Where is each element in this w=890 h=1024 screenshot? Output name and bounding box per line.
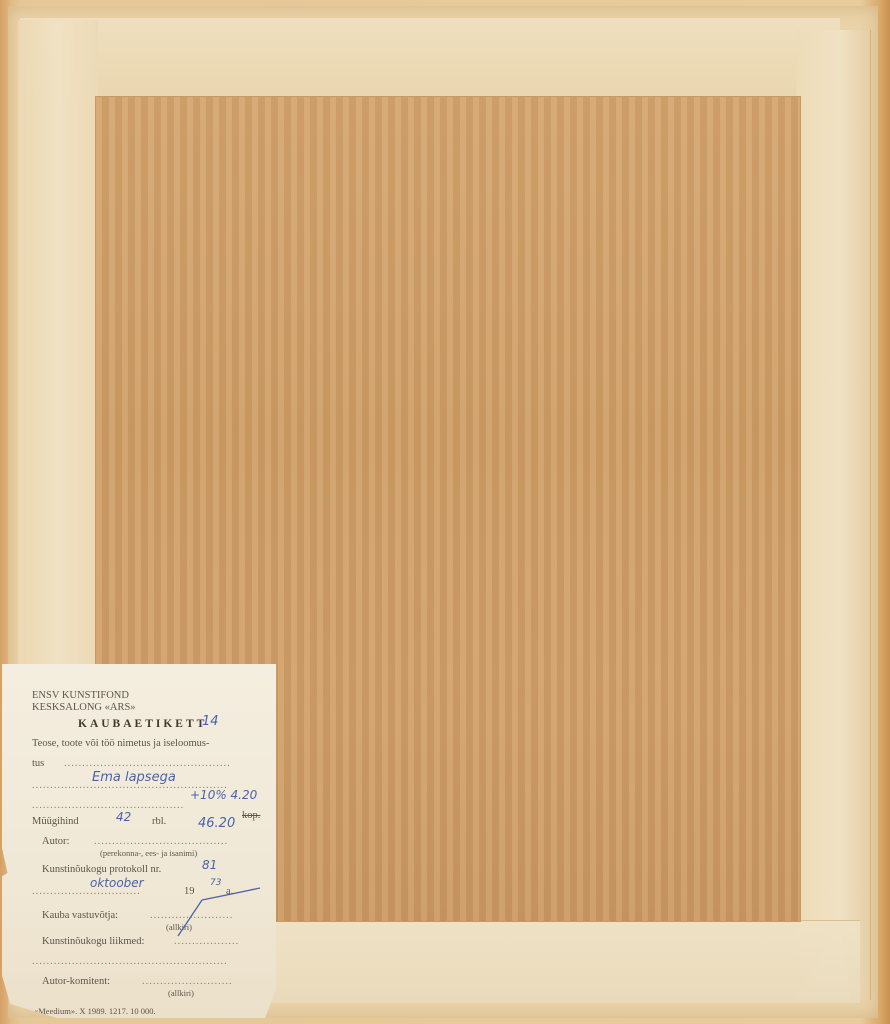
tape-strip-top (20, 18, 840, 101)
members-label: Kunstinõukogu liikmed: (42, 936, 144, 947)
author-label: Autor: (42, 836, 69, 847)
signature-mark (172, 886, 264, 940)
dotted-line: ........................................… (64, 758, 231, 769)
dotted-line: ......................... (142, 976, 233, 987)
label-number-handwritten: 14 (202, 714, 219, 729)
kop-label: kop. (242, 810, 260, 821)
rbl-label: rbl. (152, 816, 166, 827)
name-field-label-cont: tus (32, 758, 44, 769)
price-adjust-handwritten: +10% 4.20 (190, 788, 257, 802)
receiver-label: Kauba vastuvõtja: (42, 910, 118, 921)
sales-label: ENSV KUNSTIFOND KESKSALONG «ARS» KAUBAET… (2, 664, 276, 1018)
protocol-label: Kunstinõukogu protokoll nr. (42, 864, 161, 875)
tape-strip-right (796, 30, 871, 1000)
protocol-number-handwritten: 81 (202, 858, 217, 872)
artwork-name-handwritten: Ema lapsega (92, 770, 176, 785)
org-line-1: ENSV KUNSTIFOND (32, 690, 129, 701)
dotted-line: .................. (174, 936, 239, 947)
name-field-label: Teose, toote või töö nimetus ja iseloomu… (32, 738, 209, 749)
price-total-handwritten: 46.20 (198, 816, 235, 831)
date-month-handwritten: oktoober (90, 876, 144, 890)
price-label: Müügihind (32, 816, 79, 827)
price-rbl-handwritten: 42 (116, 810, 131, 824)
author-hint: (perekonna-, ees- ja isanimi) (100, 848, 197, 858)
printer-line: «Meedium». X 1989. 1217. 10 000. (34, 1006, 156, 1016)
label-title: KAUBAETIKETT (78, 718, 207, 730)
consignor-label: Autor-komitent: (42, 976, 110, 987)
dotted-line: ........................................… (32, 800, 184, 811)
dotted-line: ..................................... (94, 836, 228, 847)
org-line-2: KESKSALONG «ARS» (32, 702, 136, 713)
consignor-hint: (allkiri) (168, 988, 194, 998)
dotted-line: ........................................… (32, 956, 228, 967)
